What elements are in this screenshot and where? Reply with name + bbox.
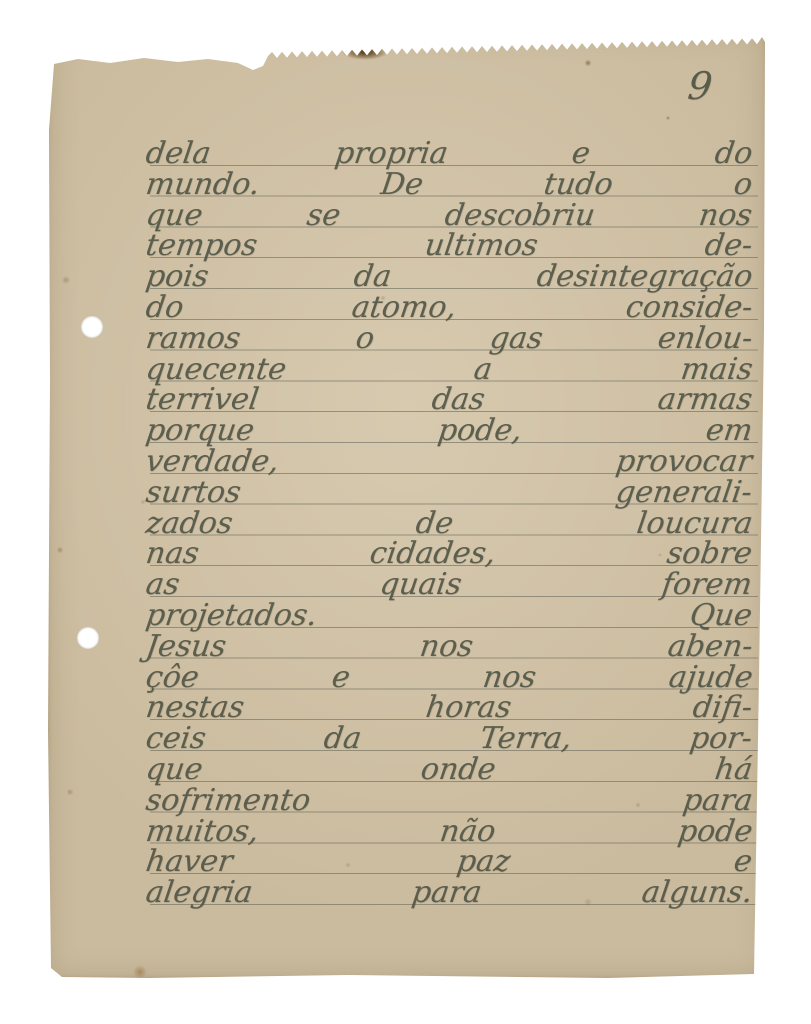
handwritten-word: difi- (691, 693, 754, 724)
handwritten-word: atomo, (350, 293, 458, 324)
handwriting-line: quecenteamais (146, 355, 752, 386)
handwritten-word: conside- (624, 293, 755, 324)
handwritten-word: o (732, 170, 754, 201)
handwriting-line: surtosgenerali- (146, 478, 752, 509)
handwritten-word: armas (656, 385, 754, 416)
handwritten-word: em (704, 416, 755, 447)
handwriting-line: mundo.Detudoo (146, 170, 752, 201)
handwritten-word: Terra, (478, 724, 574, 755)
handwriting-line: verdade,provocar (146, 447, 752, 478)
handwriting-line: queondehá (146, 755, 752, 786)
handwriting-line: muitos,nãopode (146, 817, 752, 848)
handwritten-word: terrivel (144, 385, 261, 416)
handwritten-word: descobriu (443, 201, 597, 232)
handwritten-word: da (352, 262, 393, 293)
handwriting-line: sofrimentopara (146, 786, 752, 817)
handwritten-word: mais (679, 355, 755, 386)
handwriting-line: ramosogasenlou- (146, 324, 752, 355)
handwritten-word: zados (144, 509, 235, 540)
handwritten-word: paz (455, 847, 512, 878)
handwriting-line: doatomo,conside- (146, 293, 752, 324)
handwritten-word: quais (378, 570, 464, 601)
handwriting-line: alegriaparaalguns. (146, 878, 752, 909)
handwritten-word: para (681, 786, 755, 817)
handwritten-word: onde (419, 755, 498, 786)
handwritten-word: que (144, 201, 205, 232)
handwritten-word: projetados. (144, 601, 319, 632)
handwritten-word: enlou- (656, 324, 755, 355)
handwritten-word: tempos (144, 231, 259, 262)
handwriting-line: nascidades,sobre (146, 539, 752, 570)
handwritten-word: surtos (144, 478, 243, 509)
handwritten-word: mundo. (144, 170, 262, 201)
handwritten-word: Jesus (144, 632, 228, 663)
handwritten-word: Que (688, 601, 754, 632)
handwritten-word: tudo (542, 170, 615, 201)
handwritten-word: generali- (614, 478, 754, 509)
handwritten-word: pode (676, 817, 755, 848)
handwritten-word: cidades, (368, 539, 498, 570)
handwritten-word: sofrimento (144, 786, 312, 817)
handwritten-word: nos (697, 201, 754, 232)
handwritten-word: quecente (144, 355, 288, 386)
handwritten-word: ramos (144, 324, 242, 355)
handwritten-word: e (330, 663, 352, 694)
scanned-manuscript-photo: 9 delapropriaedomundo.Detudooquesedescob… (0, 0, 811, 1024)
handwritten-word: de- (703, 231, 754, 262)
handwritten-word: ceis (144, 724, 208, 755)
handwriting-line: zadosdeloucura (146, 509, 752, 540)
handwritten-word: por- (688, 724, 754, 755)
punch-hole-top (81, 316, 103, 338)
handwriting-line: temposultimosde- (146, 231, 752, 262)
handwritten-word: dela (144, 139, 213, 170)
handwritten-word: para (410, 878, 484, 909)
handwritten-word: há (713, 755, 755, 786)
handwritten-word: do (144, 293, 186, 324)
handwritten-word: o (354, 324, 376, 355)
handwritten-word: provocar (614, 447, 754, 478)
handwritten-word: não (438, 817, 498, 848)
handwritten-word: e (732, 847, 754, 878)
punch-hole-bottom (77, 627, 99, 649)
handwritten-word: do (713, 139, 755, 170)
handwritten-word: e (570, 139, 592, 170)
handwritten-word: se (305, 201, 342, 232)
handwritten-word: aben- (666, 632, 755, 663)
handwritten-word: ajude (666, 663, 754, 694)
handwriting-line: delapropriaedo (146, 139, 752, 170)
handwritten-word: as (144, 570, 182, 601)
handwriting-line: projetados.Que (146, 601, 752, 632)
handwritten-word: haver (144, 847, 235, 878)
handwriting-line: poisdadesintegração (146, 262, 752, 293)
handwriting-line: porquepode,em (146, 416, 752, 447)
handwritten-word: loucura (635, 509, 755, 540)
handwriting-lines: delapropriaedomundo.Detudooquesedescobri… (146, 139, 752, 909)
handwriting-line: ceisdaTerra,por- (146, 724, 752, 755)
handwriting-line: çôeenosajude (146, 663, 752, 694)
handwritten-word: nos (418, 632, 475, 663)
handwritten-word: sobre (665, 539, 754, 570)
handwriting-line: quesedescobriunos (146, 201, 752, 232)
manuscript-page: 9 delapropriaedomundo.Detudooquesedescob… (48, 30, 766, 978)
handwritten-word: alegria (144, 878, 255, 909)
handwritten-word: alguns. (640, 878, 755, 909)
handwritten-word: nas (144, 539, 201, 570)
handwritten-word: desintegração (535, 262, 755, 293)
handwritten-word: propria (333, 139, 450, 170)
handwritten-word: porque (144, 416, 256, 447)
handwriting-line: nestashorasdifi- (146, 693, 752, 724)
handwritten-word: nos (480, 663, 537, 694)
handwritten-word: gas (487, 324, 544, 355)
handwritten-word: muitos, (144, 817, 261, 848)
handwriting-line: terriveldasarmas (146, 385, 752, 416)
handwritten-word: da (322, 724, 363, 755)
handwriting-line: asquaisforem (146, 570, 752, 601)
handwritten-word: das (430, 385, 487, 416)
handwritten-word: verdade, (144, 447, 281, 478)
handwritten-word: horas (424, 693, 513, 724)
page-number: 9 (686, 64, 715, 108)
handwritten-word: que (144, 755, 205, 786)
handwritten-word: De (379, 170, 425, 201)
handwriting-line: Jesusnosaben- (146, 632, 752, 663)
handwritten-word: forem (660, 570, 754, 601)
handwritten-word: ultimos (422, 231, 539, 262)
handwritten-word: çôe (144, 663, 201, 694)
handwritten-word: pois (144, 262, 211, 293)
handwritten-word: pode, (436, 416, 524, 447)
handwritten-word: a (472, 355, 494, 386)
handwritten-word: de (414, 509, 455, 540)
handwriting-line: haverpaze (146, 847, 752, 878)
handwritten-word: nestas (144, 693, 246, 724)
